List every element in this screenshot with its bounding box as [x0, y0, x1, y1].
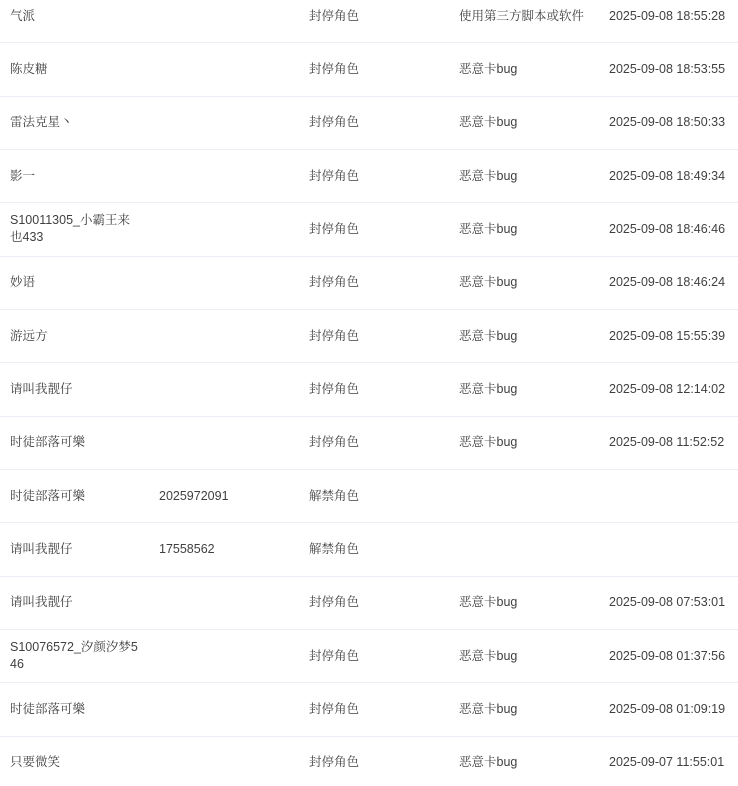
table-row: 时徒部落可樂 封停角色 恶意卡bug 2025-09-08 11:52:52: [0, 417, 738, 470]
reason-cell: 恶意卡bug: [449, 754, 599, 771]
player-name-cell: 请叫我靓仔: [0, 594, 149, 611]
reason-cell: 恶意卡bug: [449, 648, 599, 665]
player-name-cell: S10076572_汐颜汐梦546: [0, 639, 149, 673]
player-name-cell: 气派: [0, 8, 149, 25]
player-name-cell: 只要微笑: [0, 754, 149, 771]
table-row: 陈皮糖 封停角色 恶意卡bug 2025-09-08 18:53:55: [0, 43, 738, 96]
table-row: 请叫我靓仔 封停角色 恶意卡bug 2025-09-08 12:14:02: [0, 363, 738, 416]
table-row: 时徒部落可樂 封停角色 恶意卡bug 2025-09-08 01:09:19: [0, 683, 738, 736]
player-name-cell: 妙语: [0, 274, 149, 291]
time-cell: 2025-09-08 07:53:01: [599, 594, 738, 611]
ban-log-viewport: 气派 封停角色 使用第三方脚本或软件 2025-09-08 18:55:28 陈…: [0, 0, 738, 786]
player-name-cell: 请叫我靓仔: [0, 381, 149, 398]
action-cell: 解禁角色: [299, 488, 449, 505]
time-cell: 2025-09-08 18:46:24: [599, 274, 738, 291]
player-name-cell: 请叫我靓仔: [0, 541, 149, 558]
player-name-cell: 雷法克星丶: [0, 114, 149, 131]
reason-cell: 恶意卡bug: [449, 114, 599, 131]
time-cell: 2025-09-08 18:49:34: [599, 168, 738, 185]
table-row: 气派 封停角色 使用第三方脚本或软件 2025-09-08 18:55:28: [0, 0, 738, 43]
action-cell: 封停角色: [299, 274, 449, 291]
time-cell: 2025-09-08 18:53:55: [599, 61, 738, 78]
table-row: 请叫我靓仔 17558562 解禁角色: [0, 523, 738, 576]
player-name-cell: 游远方: [0, 328, 149, 345]
time-cell: 2025-09-08 01:09:19: [599, 701, 738, 718]
player-name-cell: S10011305_小霸王来也433: [0, 212, 149, 246]
ban-log-table: 气派 封停角色 使用第三方脚本或软件 2025-09-08 18:55:28 陈…: [0, 0, 738, 786]
table-row: 影一 封停角色 恶意卡bug 2025-09-08 18:49:34: [0, 150, 738, 203]
reason-cell: 恶意卡bug: [449, 701, 599, 718]
reason-cell: 恶意卡bug: [449, 434, 599, 451]
table-row: 只要微笑 封停角色 恶意卡bug 2025-09-07 11:55:01: [0, 737, 738, 786]
action-cell: 封停角色: [299, 381, 449, 398]
table-row: 雷法克星丶 封停角色 恶意卡bug 2025-09-08 18:50:33: [0, 97, 738, 150]
action-cell: 封停角色: [299, 754, 449, 771]
time-cell: 2025-09-08 18:46:46: [599, 221, 738, 238]
action-cell: 封停角色: [299, 61, 449, 78]
table-row: S10011305_小霸王来也433 封停角色 恶意卡bug 2025-09-0…: [0, 203, 738, 256]
action-cell: 封停角色: [299, 648, 449, 665]
player-name-cell: 时徒部落可樂: [0, 488, 149, 505]
action-cell: 封停角色: [299, 221, 449, 238]
table-row: S10076572_汐颜汐梦546 封停角色 恶意卡bug 2025-09-08…: [0, 630, 738, 683]
reason-cell: 恶意卡bug: [449, 594, 599, 611]
table-row: 游远方 封停角色 恶意卡bug 2025-09-08 15:55:39: [0, 310, 738, 363]
player-id-cell: 2025972091: [149, 488, 299, 505]
player-name-cell: 时徒部落可樂: [0, 434, 149, 451]
time-cell: 2025-09-08 11:52:52: [599, 434, 738, 451]
table-row: 妙语 封停角色 恶意卡bug 2025-09-08 18:46:24: [0, 257, 738, 310]
reason-cell: 恶意卡bug: [449, 168, 599, 185]
action-cell: 封停角色: [299, 434, 449, 451]
action-cell: 封停角色: [299, 8, 449, 25]
reason-cell: 恶意卡bug: [449, 274, 599, 291]
player-name-cell: 影一: [0, 168, 149, 185]
time-cell: 2025-09-08 18:50:33: [599, 114, 738, 131]
action-cell: 解禁角色: [299, 541, 449, 558]
action-cell: 封停角色: [299, 114, 449, 131]
action-cell: 封停角色: [299, 168, 449, 185]
action-cell: 封停角色: [299, 328, 449, 345]
reason-cell: 恶意卡bug: [449, 381, 599, 398]
reason-cell: 恶意卡bug: [449, 221, 599, 238]
time-cell: 2025-09-08 01:37:56: [599, 648, 738, 665]
reason-cell: 使用第三方脚本或软件: [449, 8, 599, 25]
player-name-cell: 时徒部落可樂: [0, 701, 149, 718]
table-row: 时徒部落可樂 2025972091 解禁角色: [0, 470, 738, 523]
reason-cell: 恶意卡bug: [449, 61, 599, 78]
time-cell: 2025-09-08 18:55:28: [599, 8, 738, 25]
action-cell: 封停角色: [299, 701, 449, 718]
time-cell: 2025-09-07 11:55:01: [599, 754, 738, 771]
player-id-cell: 17558562: [149, 541, 299, 558]
reason-cell: 恶意卡bug: [449, 328, 599, 345]
time-cell: 2025-09-08 15:55:39: [599, 328, 738, 345]
time-cell: 2025-09-08 12:14:02: [599, 381, 738, 398]
player-name-cell: 陈皮糖: [0, 61, 149, 78]
table-row: 请叫我靓仔 封停角色 恶意卡bug 2025-09-08 07:53:01: [0, 577, 738, 630]
action-cell: 封停角色: [299, 594, 449, 611]
